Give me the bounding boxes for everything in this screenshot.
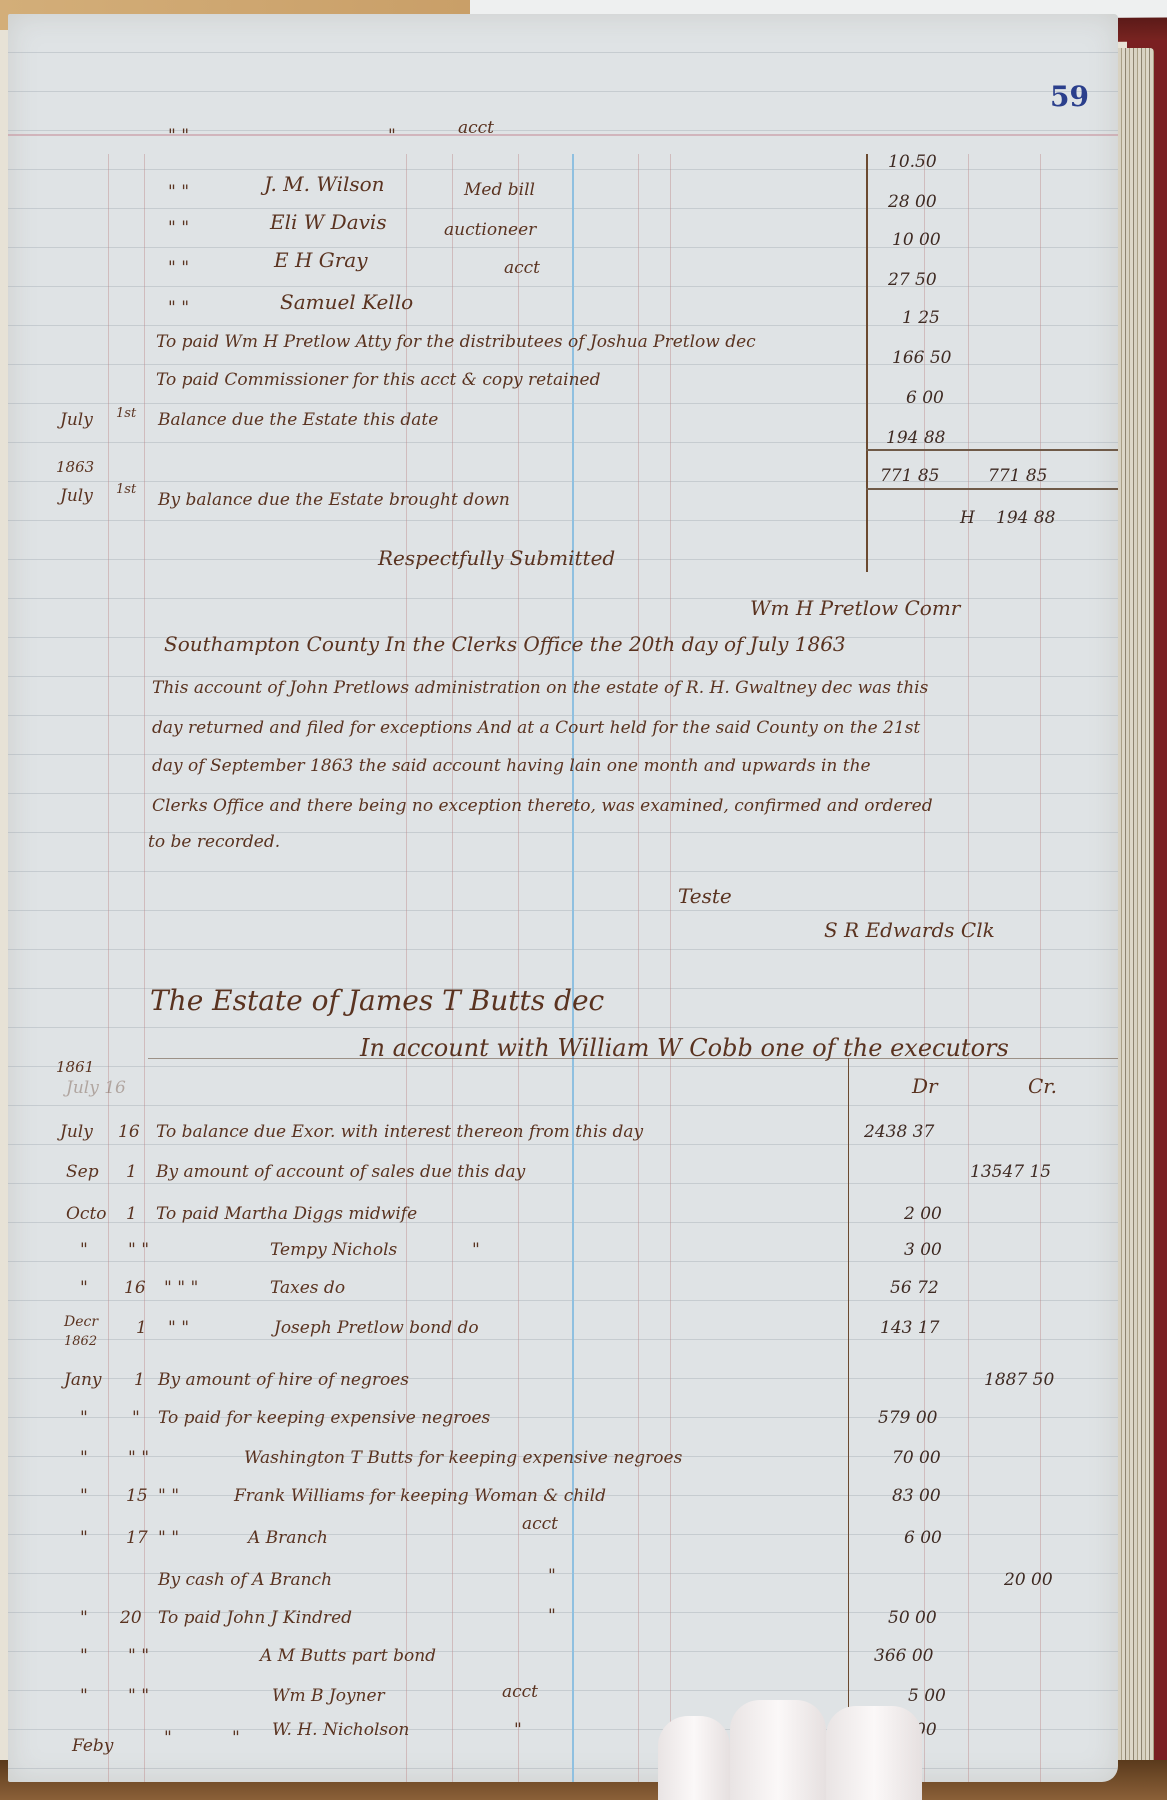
debit-total: 771 85	[880, 466, 939, 486]
entry-day: 1st	[116, 482, 136, 497]
debit-amount: 3 00	[904, 1240, 942, 1260]
entry-note: "	[548, 1566, 556, 1586]
entry-description: Tempy Nichols	[270, 1240, 397, 1260]
entry-description: Joseph Pretlow bond do	[274, 1318, 479, 1338]
year-label: 1861	[56, 1058, 94, 1076]
column-rule	[968, 154, 969, 1782]
credit-column-header: Cr.	[1028, 1074, 1057, 1098]
page-edges	[1118, 48, 1154, 1773]
column-rule	[670, 154, 671, 1782]
entry-description: To paid for keeping expensive negroes	[158, 1408, 490, 1428]
entry-day: 1	[136, 1318, 147, 1338]
entry-date: "	[80, 1528, 88, 1548]
closing-text: Respectfully Submitted	[378, 546, 615, 570]
debit-column-header: Dr	[912, 1074, 938, 1098]
entry-day: 20	[120, 1608, 142, 1628]
debit-amount: 50 00	[888, 1608, 937, 1628]
entry-date: July	[60, 410, 93, 430]
header-rule	[148, 1058, 1118, 1059]
debit-amount: 5 00	[908, 1686, 946, 1706]
commissioner-signature: Wm H Pretlow Comr	[750, 596, 960, 620]
entry-date: Octo	[66, 1204, 107, 1224]
entry-description: By amount of account of sales due this d…	[156, 1162, 525, 1182]
entry-description: To paid Wm H Pretlow Atty for the distri…	[156, 332, 756, 352]
entry-note: acct	[504, 258, 540, 278]
entry-note: "	[514, 1720, 522, 1740]
entry-day: 17	[126, 1528, 148, 1548]
debit-amount: 10.50	[888, 152, 937, 172]
column-rule	[108, 154, 109, 1782]
entry-description: J. M. Wilson	[264, 172, 385, 196]
column-rule	[1040, 154, 1041, 1782]
entry-description: E H Gray	[274, 248, 368, 272]
ditto-marks: " "	[128, 1240, 149, 1260]
credit-amount: 20 00	[1004, 1570, 1053, 1590]
column-rule	[452, 154, 453, 1782]
entry-date: "	[80, 1608, 88, 1628]
total-rule	[866, 449, 1118, 451]
entry-day: 16	[118, 1122, 140, 1142]
total-rule	[866, 488, 1118, 490]
entry-description: Eli W Davis	[270, 210, 387, 234]
entry-day: 16	[124, 1278, 146, 1298]
entry-date: "	[80, 1448, 88, 1468]
entry-description: A Branch	[248, 1528, 328, 1548]
year-label: 1862	[64, 1334, 97, 1349]
ditto-marks: "	[232, 1728, 240, 1748]
entry-description: To paid Martha Diggs midwife	[156, 1204, 417, 1224]
column-rule	[638, 154, 639, 1782]
entry-day: 15	[126, 1486, 148, 1506]
debit-amount: 166 50	[892, 348, 951, 368]
entry-date: "	[80, 1486, 88, 1506]
page-number: 59	[1050, 80, 1089, 113]
ditto-marks: " "	[168, 182, 189, 202]
year-label: 1863	[56, 458, 94, 476]
ink-column-rule	[866, 154, 868, 572]
entry-note: acct	[502, 1682, 538, 1702]
entry-day: 1	[134, 1370, 145, 1390]
debit-amount: 1 25	[902, 308, 940, 328]
gloved-finger	[730, 1700, 826, 1800]
entry-day: "	[164, 1728, 172, 1748]
credit-amount: 194 88	[996, 508, 1055, 528]
debit-amount: 56 72	[890, 1278, 939, 1298]
debit-amount: 27 50	[888, 270, 937, 290]
debit-amount: 366 00	[874, 1646, 933, 1666]
entry-note: "	[472, 1240, 480, 1260]
entry-description: To paid Commissioner for this acct & cop…	[156, 370, 600, 390]
court-text-line: to be recorded.	[148, 832, 280, 852]
entry-day: "	[132, 1408, 140, 1428]
debit-amount: 83 00	[892, 1486, 941, 1506]
entry-date: "	[80, 1646, 88, 1666]
entry-note: "	[548, 1606, 556, 1626]
column-rule	[406, 154, 407, 1782]
entry-date: July	[60, 486, 93, 506]
entry-date: "	[80, 1240, 88, 1260]
credit-total: 771 85	[988, 466, 1047, 486]
ditto-marks: " " "	[164, 1278, 198, 1298]
entry-description: Balance due the Estate this date	[158, 410, 438, 430]
ditto-marks: " "	[158, 1528, 179, 1548]
court-heading: Southampton County In the Clerks Office …	[164, 632, 846, 656]
ink-column-rule	[848, 1058, 849, 1782]
credit-amount: 13547 15	[970, 1162, 1051, 1182]
debit-amount: 6 00	[906, 388, 944, 408]
clerk-signature: S R Edwards Clk	[824, 918, 995, 942]
entry-description: By amount of hire of negroes	[158, 1370, 409, 1390]
court-text-line: day returned and filed for exceptions An…	[152, 718, 920, 738]
debit-amount: 70 00	[892, 1448, 941, 1468]
debit-amount: 6 00	[904, 1528, 942, 1548]
entry-description: W. H. Nicholson	[272, 1720, 409, 1740]
entry-description: To balance due Exor. with interest there…	[156, 1122, 643, 1142]
entry-date: Sep	[66, 1162, 99, 1182]
entry-description: By balance due the Estate brought down	[158, 490, 510, 510]
entry-description: Taxes do	[270, 1278, 345, 1298]
entry-date: Jany	[64, 1370, 102, 1390]
entry-date: Feby	[72, 1736, 113, 1756]
entry-description: By cash of A Branch	[158, 1570, 332, 1590]
debit-amount: 579 00	[878, 1408, 937, 1428]
court-text-line: Clerks Office and there being no excepti…	[152, 796, 933, 816]
ditto-marks: " "	[128, 1686, 149, 1706]
entry-date: Decr	[64, 1314, 98, 1330]
entry-date: "	[80, 1686, 88, 1706]
column-rule	[518, 154, 519, 1782]
entry-date: "	[80, 1408, 88, 1428]
ditto-marks: " "	[168, 1318, 189, 1338]
entry-date: "	[80, 1278, 88, 1298]
entry-description: Washington T Butts for keeping expensive…	[244, 1448, 682, 1468]
struck-entry: July 16	[66, 1078, 126, 1098]
entry-day: 1	[126, 1204, 137, 1224]
ruled-lines	[8, 14, 1118, 1782]
entry-day: 1	[126, 1162, 137, 1182]
debit-amount: 2 00	[904, 1204, 942, 1224]
account-title: The Estate of James T Butts dec	[150, 984, 604, 1017]
entry-note: Med bill	[464, 180, 535, 200]
debit-amount: 28 00	[888, 192, 937, 212]
entry-date: July	[60, 1122, 93, 1142]
debit-amount: 2438 37	[864, 1122, 934, 1142]
entry-note: auctioneer	[444, 220, 536, 240]
entry-description: Frank Williams for keeping Woman & child	[234, 1486, 606, 1506]
mark-letter: H	[960, 508, 975, 528]
ditto-marks: " "	[128, 1448, 149, 1468]
credit-amount: 1887 50	[984, 1370, 1054, 1390]
blue-margin-rule	[572, 154, 574, 1782]
ditto-marks: " "	[168, 126, 189, 146]
entry-description: Samuel Kello	[280, 290, 413, 314]
entry-description: "	[388, 126, 396, 146]
entry-day: 1st	[116, 406, 136, 421]
ditto-marks: " "	[168, 298, 189, 318]
ditto-marks: " "	[168, 258, 189, 278]
entry-description: A M Butts part bond	[260, 1646, 436, 1666]
entry-note: acct	[522, 1514, 558, 1534]
entry-note: acct	[458, 118, 494, 138]
debit-amount: 143 17	[880, 1318, 939, 1338]
debit-amount: 194 88	[886, 428, 945, 448]
ditto-marks: " "	[168, 218, 189, 238]
entry-description: To paid John J Kindred	[158, 1608, 352, 1628]
ditto-marks: " "	[158, 1486, 179, 1506]
ledger-page: 59 " " " acct 10.50 " " J. M. Wilson Med…	[8, 14, 1118, 1782]
entry-description: Wm B Joyner	[272, 1686, 385, 1706]
gloved-finger	[658, 1716, 730, 1800]
court-text-line: day of September 1863 the said account h…	[152, 756, 871, 776]
debit-amount: 10 00	[892, 230, 941, 250]
court-text-line: This account of John Pretlows administra…	[152, 678, 928, 698]
teste-label: Teste	[678, 884, 732, 908]
ditto-marks: " "	[128, 1646, 149, 1666]
gloved-finger	[826, 1706, 922, 1800]
